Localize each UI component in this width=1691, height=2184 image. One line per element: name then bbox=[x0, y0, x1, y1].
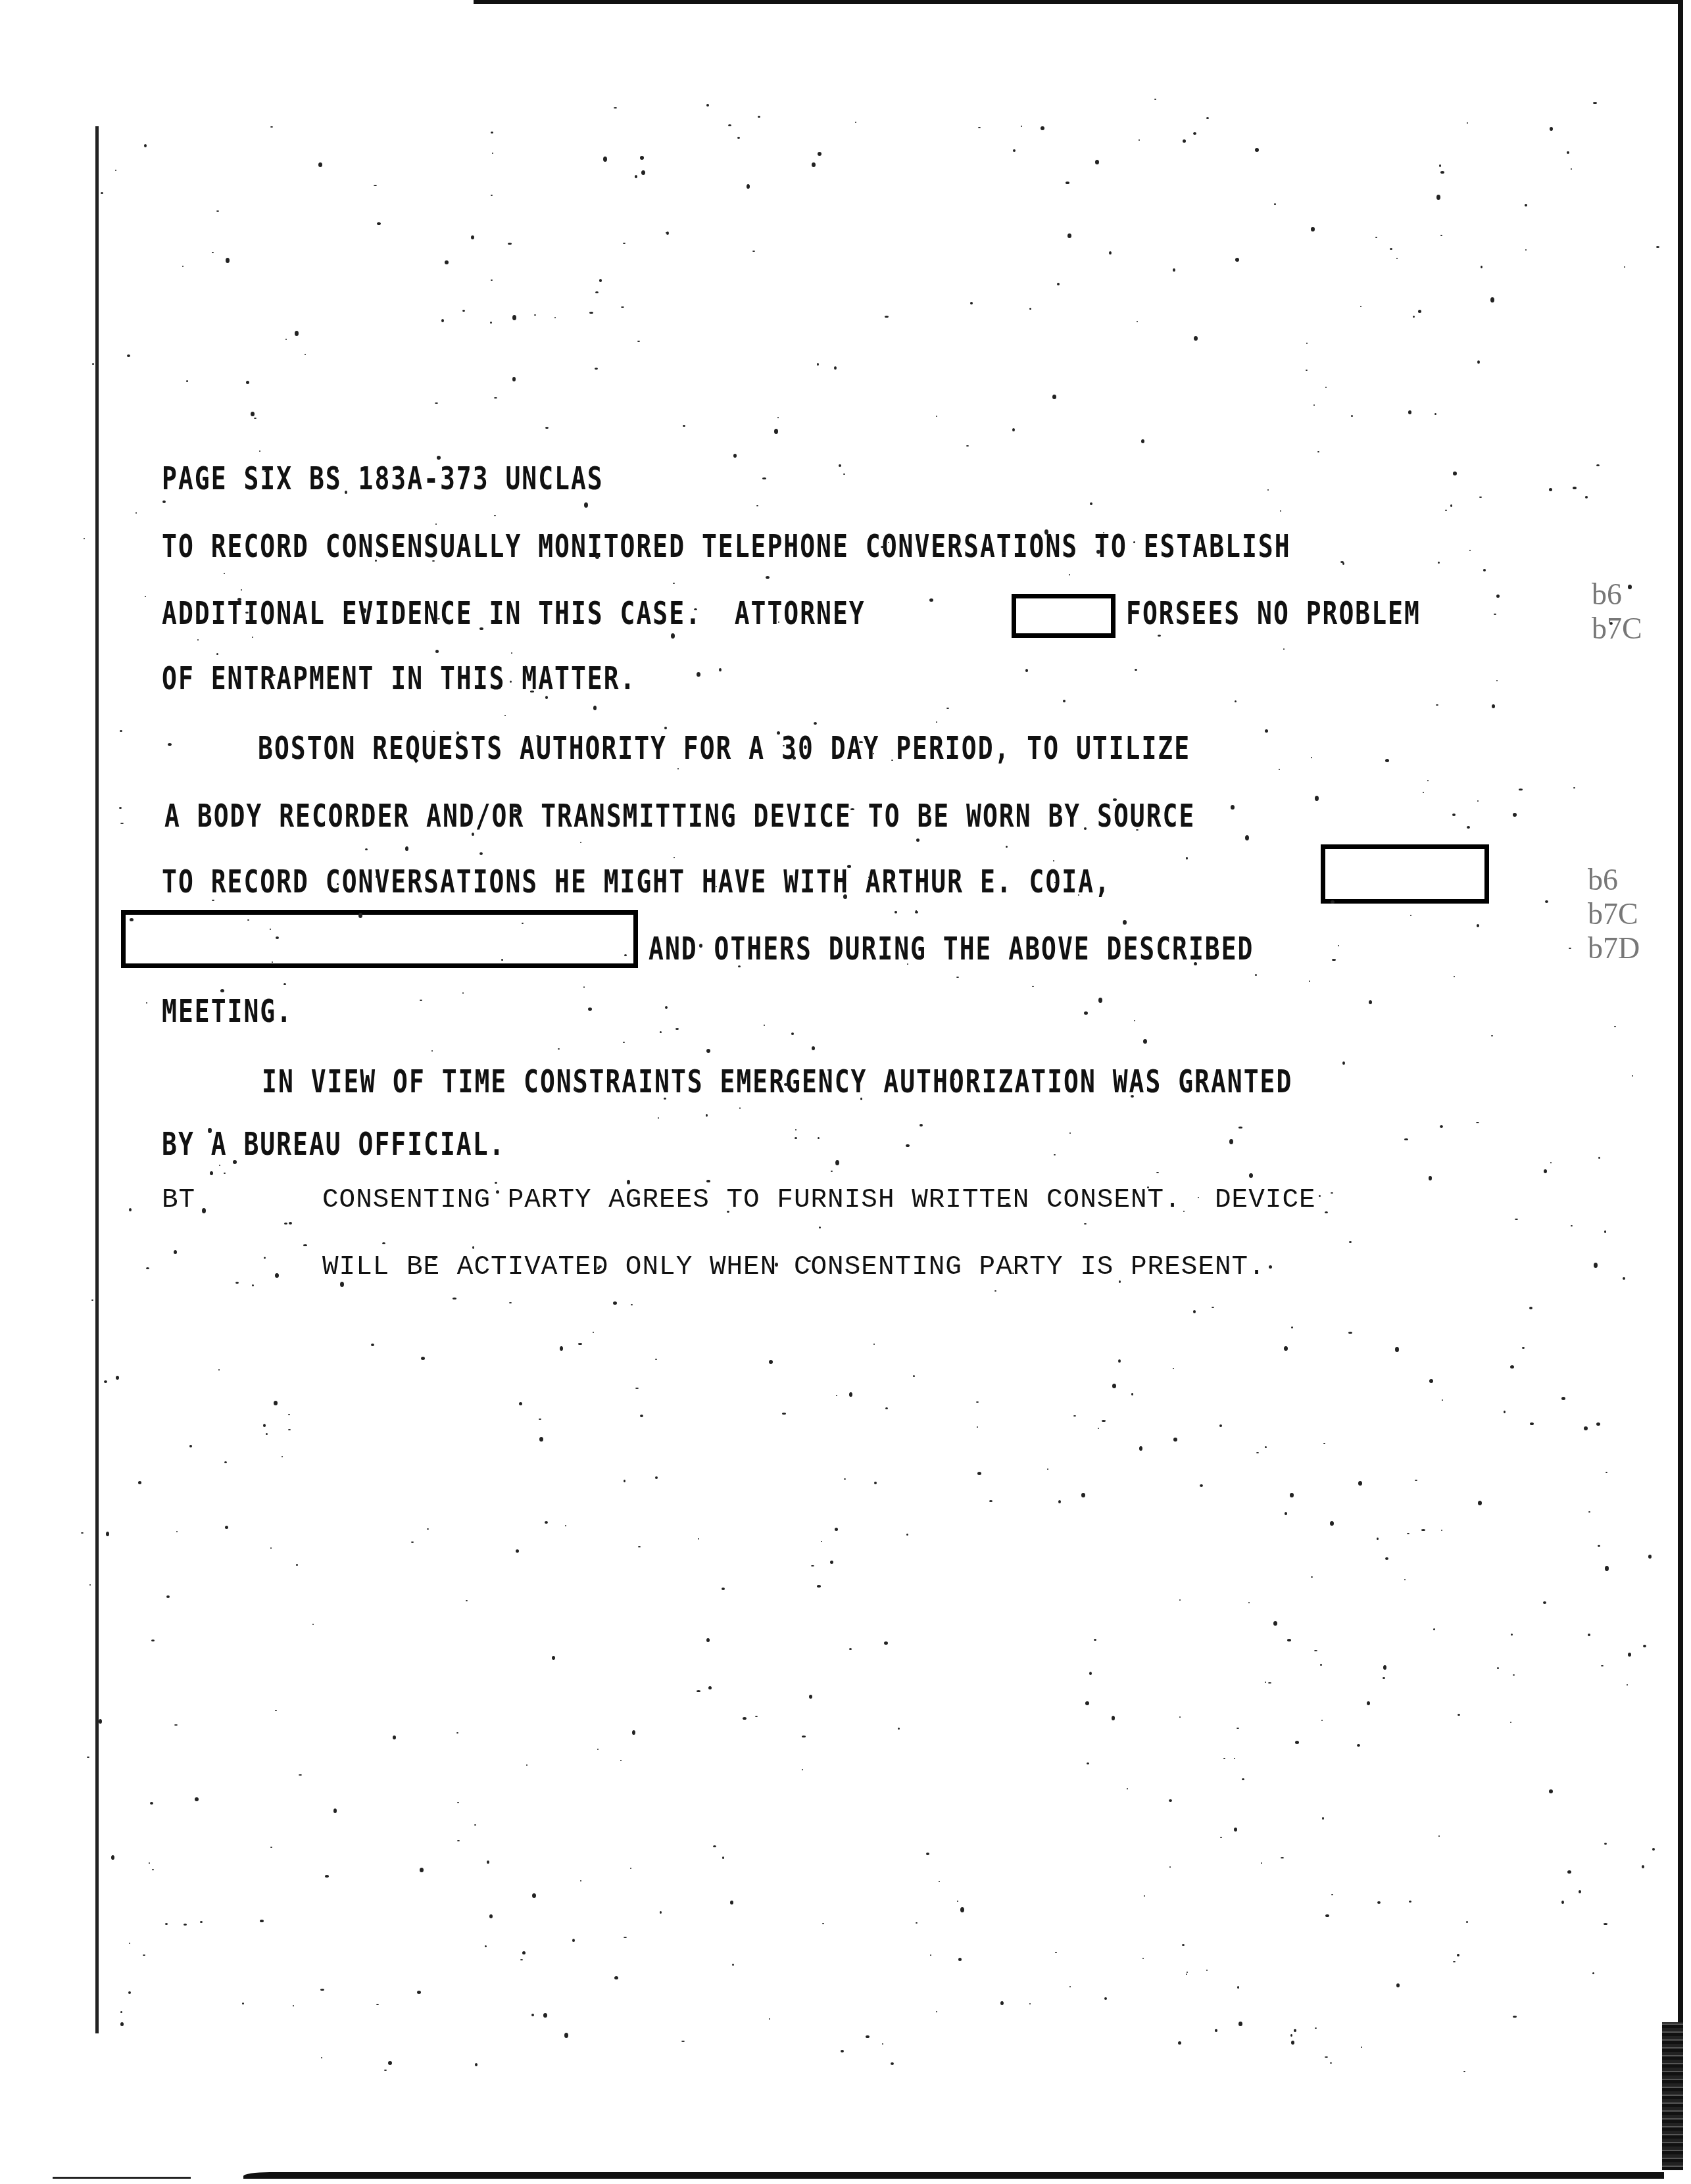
exemption-b6: b6 bbox=[1592, 577, 1642, 612]
text-line-8: MEETING. bbox=[162, 993, 293, 1029]
exemption-labels-2: b6 b7C b7D bbox=[1588, 863, 1640, 965]
page-top-border bbox=[474, 0, 1679, 4]
text-line-5: A BODY RECORDER AND/OR TRANSMITTING DEVI… bbox=[164, 798, 1195, 834]
text-line-9: IN VIEW OF TIME CONSTRAINTS EMERGENCY AU… bbox=[262, 1063, 1292, 1100]
bt-marker: BT bbox=[162, 1185, 195, 1215]
text-line-4: BOSTON REQUESTS AUTHORITY FOR A 30 DAY P… bbox=[258, 730, 1190, 766]
text-line-3: OF ENTRAPMENT IN THIS MATTER. bbox=[162, 660, 636, 696]
page-right-border bbox=[1678, 0, 1683, 2170]
text-line-10: BY A BUREAU OFFICIAL. bbox=[162, 1126, 505, 1162]
text-line-12: WILL BE ACTIVATED ONLY WHEN CONSENTING P… bbox=[322, 1252, 1265, 1282]
document-page: PAGE SIX BS 183A-373 UNCLAS TO RECORD CO… bbox=[0, 0, 1691, 2184]
page-bottom-thin-border bbox=[53, 2177, 191, 2179]
redaction-box-line-start bbox=[121, 910, 638, 968]
text-line-2b: FORSEES NO PROBLEM bbox=[1126, 595, 1421, 631]
redaction-box-coia-associate bbox=[1321, 844, 1489, 904]
text-line-6: TO RECORD CONVERSATIONS HE MIGHT HAVE WI… bbox=[162, 863, 1111, 900]
text-line-2a: ADDITIONAL EVIDENCE IN THIS CASE. ATTORN… bbox=[162, 595, 866, 631]
exemption-b6: b6 bbox=[1588, 863, 1640, 897]
text-line-7: AND OTHERS DURING THE ABOVE DESCRIBED bbox=[649, 931, 1254, 967]
exemption-b7c: b7C bbox=[1588, 897, 1640, 931]
exemption-b7d: b7D bbox=[1588, 931, 1640, 965]
redaction-box-attorney bbox=[1012, 594, 1115, 638]
exemption-b7c: b7C bbox=[1592, 612, 1642, 646]
left-margin-rule bbox=[95, 126, 99, 2033]
text-line-1: TO RECORD CONSENSUALLY MONITORED TELEPHO… bbox=[162, 528, 1291, 564]
scan-edge-bar bbox=[1662, 2022, 1683, 2170]
exemption-labels-1: b6 b7C bbox=[1592, 577, 1642, 646]
page-header: PAGE SIX BS 183A-373 UNCLAS bbox=[162, 460, 604, 497]
page-bottom-border bbox=[243, 2172, 1664, 2179]
text-line-11: CONSENTING PARTY AGREES TO FURNISH WRITT… bbox=[322, 1185, 1316, 1215]
